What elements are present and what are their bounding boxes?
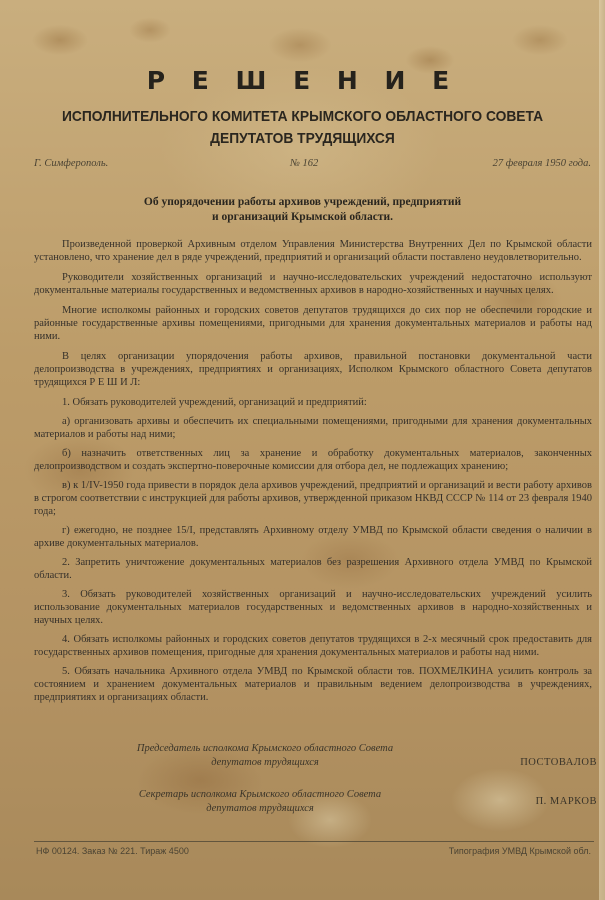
- signature-chairman-name: ПОСТОВАЛОВ: [520, 757, 597, 768]
- document-title: Р Е Ш Е Н И Е: [0, 66, 605, 95]
- signature-secretary-role: Секретарь исполкома Крымского областного…: [100, 788, 420, 816]
- clause-5: 5. Обязать начальника Архивного отдела У…: [34, 665, 592, 704]
- footer-divider: [34, 841, 594, 842]
- decree-body: Произведенной проверкой Архивным отделом…: [34, 238, 592, 710]
- document-subtitle-line2: ДЕПУТАТОВ ТРУДЯЩИХСЯ: [24, 130, 581, 147]
- document-subtitle-line1: ИСПОЛНИТЕЛЬНОГО КОМИТЕТА КРЫМСКОГО ОБЛАС…: [24, 108, 581, 125]
- signature-secretary-role-line2: депутатов трудящихся: [100, 802, 420, 816]
- paragraph-intro-findings: Произведенной проверкой Архивным отделом…: [34, 238, 592, 264]
- document-number: № 162: [290, 158, 318, 169]
- signature-secretary-name: П. МАРКОВ: [536, 796, 597, 807]
- clause-4: 4. Обязать исполкомы районных и городски…: [34, 633, 592, 659]
- print-info: НФ 00124. Заказ № 221. Тираж 4500: [36, 846, 189, 856]
- document-date: 27 февраля 1950 года.: [493, 158, 591, 169]
- clause-1v: в) к 1/IV-1950 года привести в порядок д…: [34, 479, 592, 518]
- clause-1b: б) назначить ответственных лиц за хранен…: [34, 447, 592, 473]
- paragraph-resolution: В целях организации упорядочения работы …: [34, 350, 592, 389]
- decree-document: Р Е Ш Е Н И Е ИСПОЛНИТЕЛЬНОГО КОМИТЕТА К…: [0, 0, 605, 900]
- printer-name: Типография УМВД Крымской обл.: [449, 846, 591, 856]
- decree-heading-line2: и организаций Крымской области.: [0, 211, 605, 223]
- document-city: Г. Симферополь.: [34, 158, 108, 169]
- clause-1g: г) ежегодно, не позднее 15/I, представля…: [34, 524, 592, 550]
- clause-1: 1. Обязать руководителей учреждений, орг…: [34, 396, 592, 409]
- clause-2: 2. Запретить уничтожение документальных …: [34, 556, 592, 582]
- paragraph-intro-usage: Руководители хозяйственных организаций и…: [34, 271, 592, 297]
- signature-chairman-role-line2: депутатов трудящихся: [100, 756, 430, 770]
- paragraph-intro-premises: Многие исполкомы районных и городских со…: [34, 304, 592, 343]
- signature-secretary-role-line1: Секретарь исполкома Крымского областного…: [100, 788, 420, 802]
- clause-1a: а) организовать архивы и обеспечить их с…: [34, 415, 592, 441]
- signature-chairman-role: Председатель исполкома Крымского областн…: [100, 742, 430, 770]
- clause-3: 3. Обязать руководителей хозяйственных о…: [34, 588, 592, 627]
- signature-chairman-role-line1: Председатель исполкома Крымского областн…: [100, 742, 430, 756]
- decree-heading-line1: Об упорядочении работы архивов учреждени…: [0, 196, 605, 208]
